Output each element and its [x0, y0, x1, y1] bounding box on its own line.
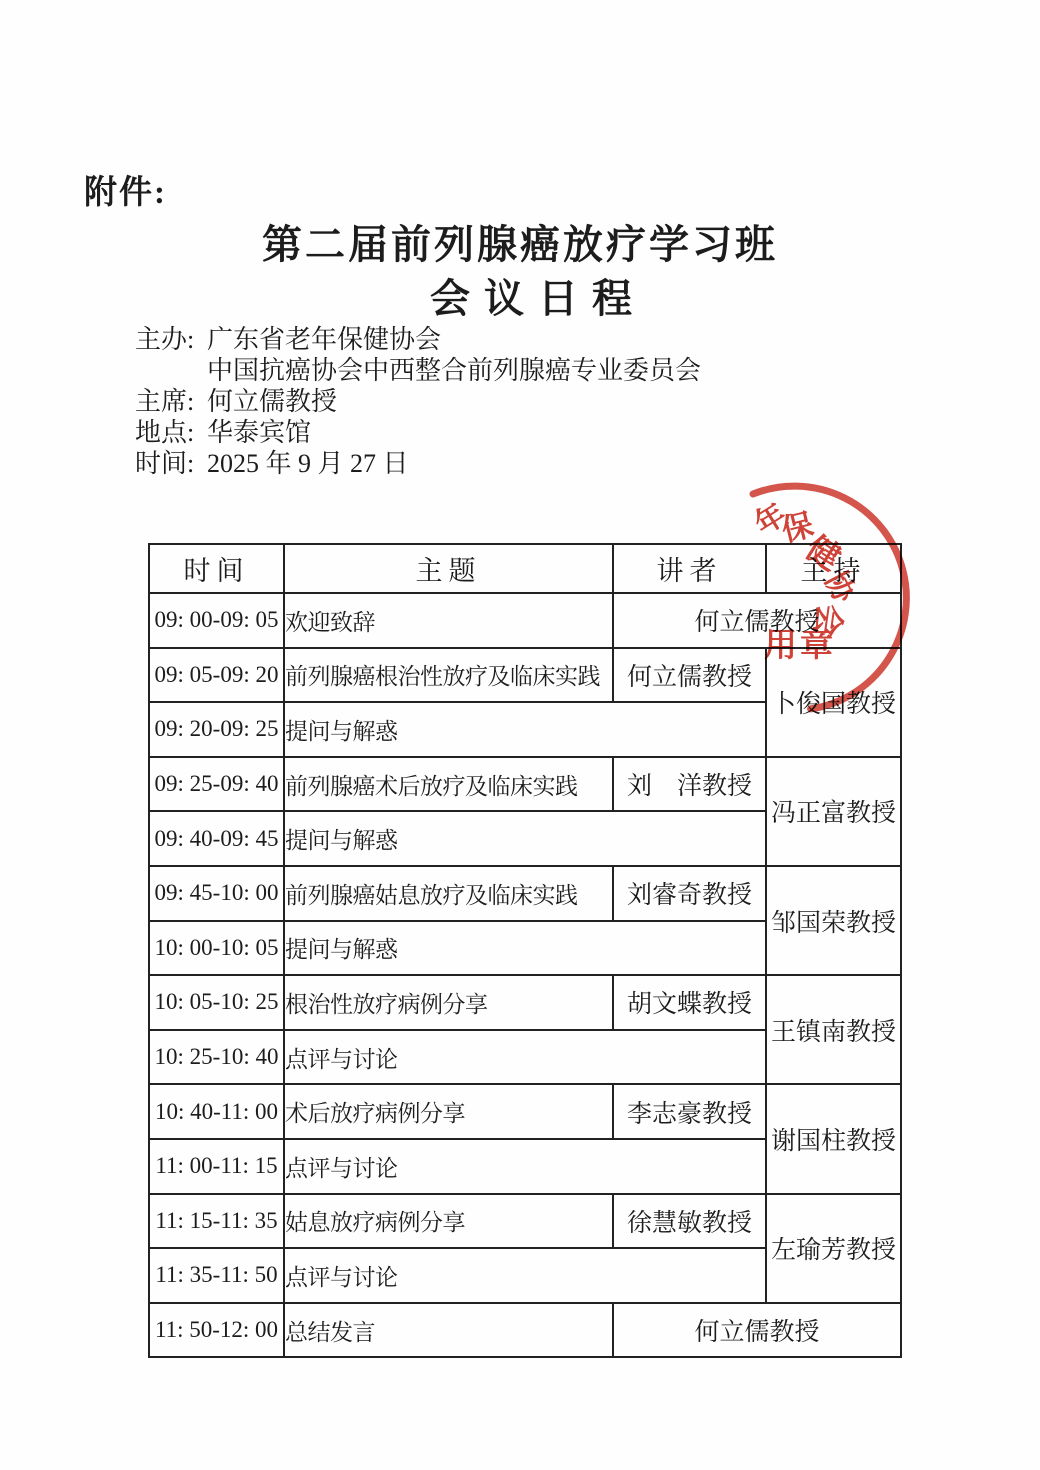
time-cell: 11: 50-12: 00 — [149, 1303, 284, 1358]
chair-value: 何立儒教授 — [207, 386, 337, 417]
venue-label: 地点: — [135, 417, 207, 448]
meta-chair-row: 主席: 何立儒教授 — [135, 386, 701, 417]
date-label: 时间: — [135, 448, 207, 479]
meta-organizer-row2: 中国抗癌协会中西整合前列腺癌专业委员会 — [135, 355, 701, 386]
document-title: 第二届前列腺癌放疗学习班 — [0, 222, 1040, 268]
speaker-cell: 李志豪教授 — [613, 1084, 766, 1139]
topic-cell: 根治性放疗病例分享 — [284, 975, 613, 1030]
speaker-cell: 胡文蝶教授 — [613, 975, 766, 1030]
schedule-table: 时间 主题 讲者 主持 09: 00-09: 05 欢迎致辞 何立儒教授 09:… — [148, 543, 902, 1358]
time-cell: 09: 40-09: 45 — [149, 811, 284, 866]
host-cell: 冯正富教授 — [766, 757, 901, 866]
time-cell: 10: 25-10: 40 — [149, 1030, 284, 1085]
meta-block: 主办: 广东省老年保健协会 中国抗癌协会中西整合前列腺癌专业委员会 主席: 何立… — [135, 324, 701, 479]
topic-cell: 提问与解惑 — [284, 811, 766, 866]
schedule-row: 09: 25-09: 40 前列腺癌术后放疗及临床实践 刘 洋教授 冯正富教授 — [149, 757, 901, 812]
schedule-header-row: 时间 主题 讲者 主持 — [149, 544, 901, 593]
col-header-time: 时间 — [149, 544, 284, 593]
seal-ring-char: 保 — [779, 509, 817, 547]
schedule-row: 11: 50-12: 00 总结发言 何立儒教授 — [149, 1303, 901, 1358]
host-cell: 左瑜芳教授 — [766, 1194, 901, 1303]
seal-ring-char: 年 — [750, 499, 791, 540]
host-cell: 王镇南教授 — [766, 975, 901, 1084]
chair-label: 主席: — [135, 386, 207, 417]
topic-cell: 前列腺癌根治性放疗及临床实践 — [284, 648, 613, 703]
time-cell: 09: 20-09: 25 — [149, 702, 284, 757]
schedule-row: 09: 05-09: 20 前列腺癌根治性放疗及临床实践 何立儒教授 卜俊国教授 — [149, 648, 901, 703]
document-title-block: 第二届前列腺癌放疗学习班 会议日程 — [0, 222, 1040, 324]
topic-cell: 前列腺癌姑息放疗及临床实践 — [284, 866, 613, 921]
topic-cell: 提问与解惑 — [284, 702, 766, 757]
organizer-value-line1: 广东省老年保健协会 — [207, 324, 441, 355]
col-header-topic: 主题 — [284, 544, 613, 593]
topic-cell: 姑息放疗病例分享 — [284, 1194, 613, 1249]
time-cell: 11: 35-11: 50 — [149, 1248, 284, 1303]
schedule-row: 09: 00-09: 05 欢迎致辞 何立儒教授 — [149, 593, 901, 648]
attachment-label: 附件: — [84, 166, 167, 213]
date-value: 2025 年 9 月 27 日 — [207, 448, 409, 479]
time-cell: 10: 40-11: 00 — [149, 1084, 284, 1139]
host-cell: 卜俊国教授 — [766, 648, 901, 757]
time-cell: 09: 00-09: 05 — [149, 593, 284, 648]
topic-cell: 点评与讨论 — [284, 1030, 766, 1085]
meta-date-row: 时间: 2025 年 9 月 27 日 — [135, 448, 701, 479]
organizer-value-line2: 中国抗癌协会中西整合前列腺癌专业委员会 — [135, 355, 701, 386]
schedule-row: 10: 05-10: 25 根治性放疗病例分享 胡文蝶教授 王镇南教授 — [149, 975, 901, 1030]
time-cell: 09: 45-10: 00 — [149, 866, 284, 921]
speaker-cell: 何立儒教授 — [613, 648, 766, 703]
time-cell: 10: 00-10: 05 — [149, 921, 284, 976]
speaker-cell: 何立儒教授 — [613, 1303, 901, 1358]
time-cell: 11: 00-11: 15 — [149, 1139, 284, 1194]
col-header-speaker: 讲者 — [613, 544, 766, 593]
host-cell: 邹国荣教授 — [766, 866, 901, 975]
time-cell: 09: 05-09: 20 — [149, 648, 284, 703]
topic-cell: 提问与解惑 — [284, 921, 766, 976]
col-header-host: 主持 — [766, 544, 901, 593]
speaker-cell: 徐慧敏教授 — [613, 1194, 766, 1249]
organizer-label: 主办: — [135, 324, 207, 355]
document-page: 附件: 第二届前列腺癌放疗学习班 会议日程 主办: 广东省老年保健协会 中国抗癌… — [0, 0, 1040, 1470]
schedule-row: 09: 45-10: 00 前列腺癌姑息放疗及临床实践 刘睿奇教授 邹国荣教授 — [149, 866, 901, 921]
topic-cell: 总结发言 — [284, 1303, 613, 1358]
time-cell: 09: 25-09: 40 — [149, 757, 284, 812]
topic-cell: 术后放疗病例分享 — [284, 1084, 613, 1139]
topic-cell: 前列腺癌术后放疗及临床实践 — [284, 757, 613, 812]
topic-cell: 点评与讨论 — [284, 1248, 766, 1303]
time-cell: 11: 15-11: 35 — [149, 1194, 284, 1249]
document-subtitle: 会议日程 — [0, 274, 1040, 324]
topic-cell: 欢迎致辞 — [284, 593, 613, 648]
host-cell: 谢国柱教授 — [766, 1084, 901, 1193]
meta-organizer-row: 主办: 广东省老年保健协会 — [135, 324, 701, 355]
speaker-cell: 何立儒教授 — [613, 593, 901, 648]
schedule-row: 10: 40-11: 00 术后放疗病例分享 李志豪教授 谢国柱教授 — [149, 1084, 901, 1139]
venue-value: 华泰宾馆 — [207, 417, 311, 448]
time-cell: 10: 05-10: 25 — [149, 975, 284, 1030]
schedule-row: 11: 15-11: 35 姑息放疗病例分享 徐慧敏教授 左瑜芳教授 — [149, 1194, 901, 1249]
topic-cell: 点评与讨论 — [284, 1139, 766, 1194]
speaker-cell: 刘 洋教授 — [613, 757, 766, 812]
meta-venue-row: 地点: 华泰宾馆 — [135, 417, 701, 448]
speaker-cell: 刘睿奇教授 — [613, 866, 766, 921]
